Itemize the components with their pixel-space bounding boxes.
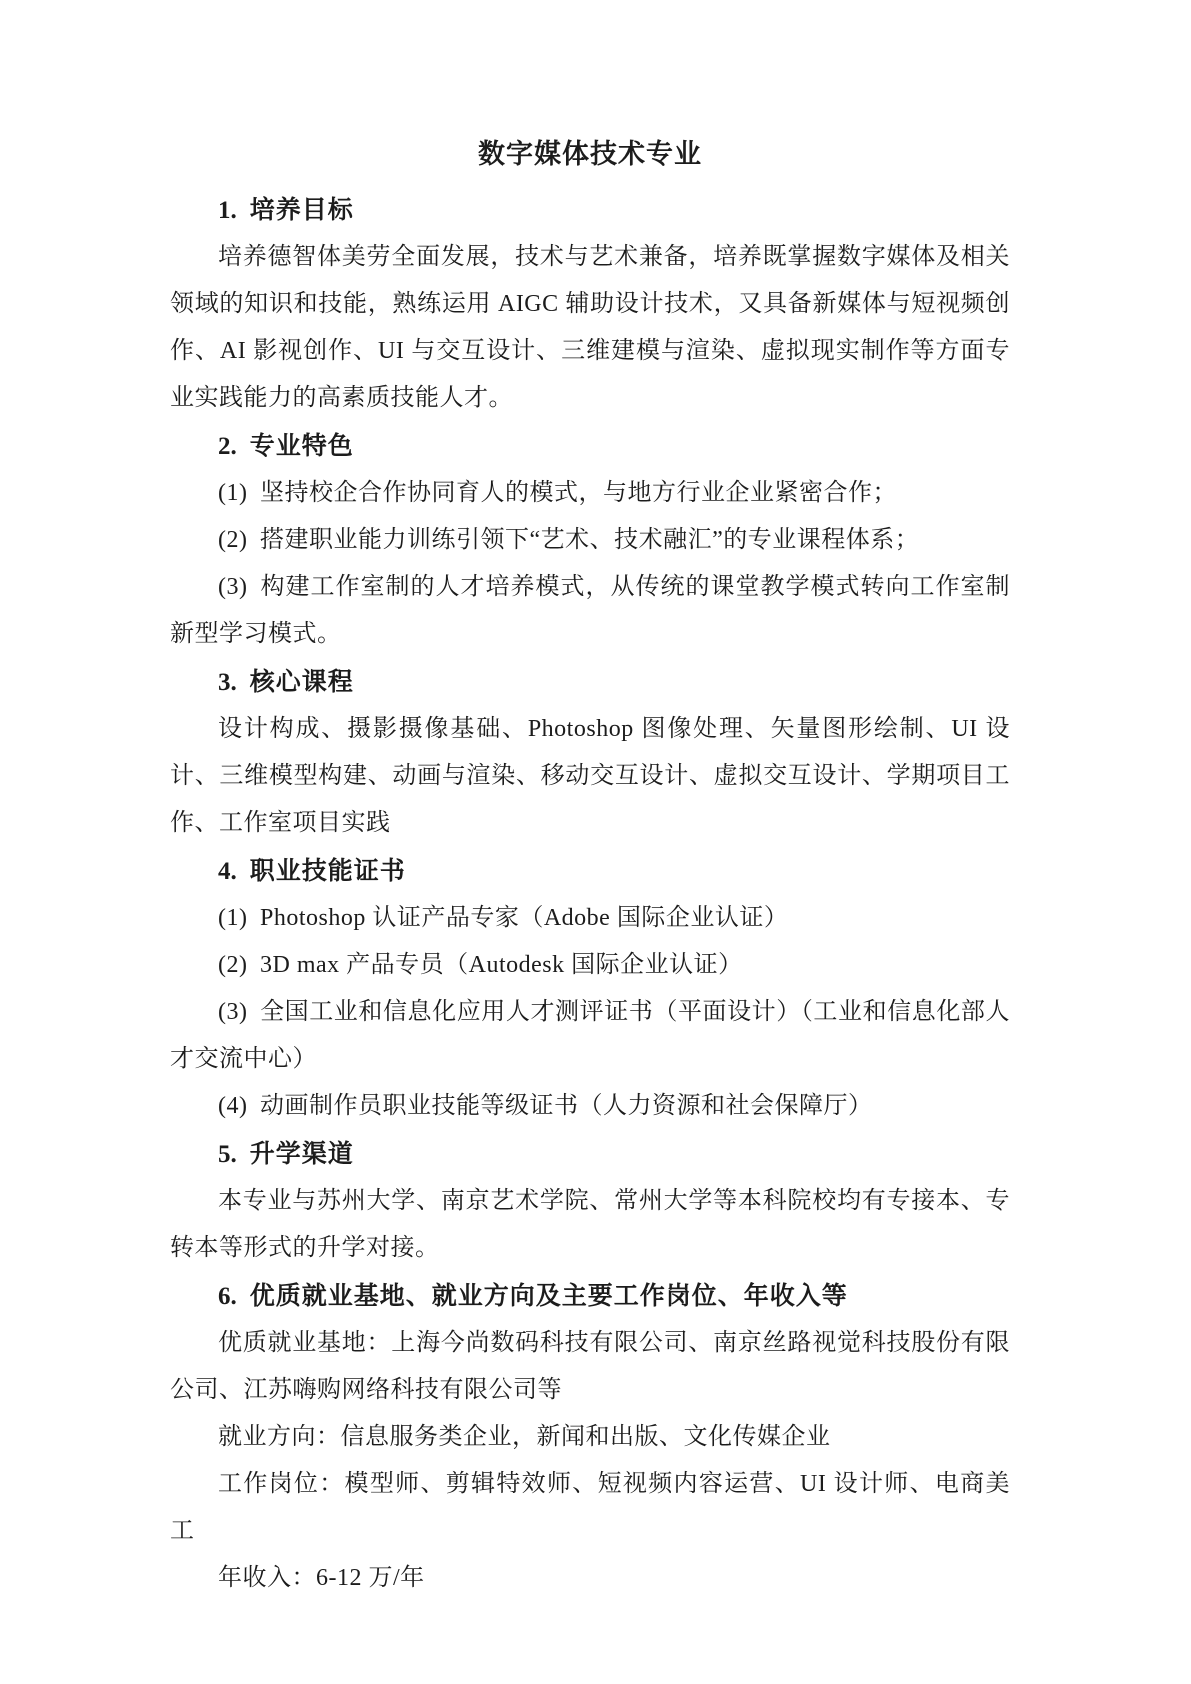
section-heading: 4.职业技能证书 bbox=[170, 847, 1010, 895]
section-title: 优质就业基地、就业方向及主要工作岗位、年收入等 bbox=[250, 1281, 848, 1310]
section-training-goal: 1.培养目标 培养德智体美劳全面发展，技术与艺术兼备，培养既掌握数字媒体及相关领… bbox=[170, 186, 1010, 422]
list-item: (1) Photoshop 认证产品专家（Adobe 国际企业认证） bbox=[170, 895, 1010, 942]
section-number: 3. bbox=[218, 669, 237, 696]
paragraph: 优质就业基地：上海今尚数码科技有限公司、南京丝路视觉科技股份有限公司、江苏嗨购网… bbox=[170, 1320, 1010, 1414]
section-further-education: 5.升学渠道 本专业与苏州大学、南京艺术学院、常州大学等本科院校均有专接本、专转… bbox=[170, 1130, 1010, 1272]
paragraph: 就业方向：信息服务类企业，新闻和出版、文化传媒企业 bbox=[170, 1414, 1010, 1461]
section-number: 6. bbox=[218, 1283, 237, 1310]
list-item: (3) 构建工作室制的人才培养模式，从传统的课堂教学模式转向工作室制新型学习模式… bbox=[170, 564, 1010, 658]
document-title: 数字媒体技术专业 bbox=[170, 131, 1010, 178]
list-item: (2) 3D max 产品专员（Autodesk 国际企业认证） bbox=[170, 942, 1010, 989]
section-heading: 3.核心课程 bbox=[170, 658, 1010, 706]
list-item: (3) 全国工业和信息化应用人才测评证书（平面设计）（工业和信息化部人才交流中心… bbox=[170, 989, 1010, 1083]
section-core-courses: 3.核心课程 设计构成、摄影摄像基础、Photoshop 图像处理、矢量图形绘制… bbox=[170, 658, 1010, 847]
section-number: 5. bbox=[218, 1141, 237, 1168]
paragraph: 本专业与苏州大学、南京艺术学院、常州大学等本科院校均有专接本、专转本等形式的升学… bbox=[170, 1178, 1010, 1272]
section-heading: 5.升学渠道 bbox=[170, 1130, 1010, 1178]
section-number: 4. bbox=[218, 858, 237, 885]
section-heading: 1.培养目标 bbox=[170, 186, 1010, 234]
section-number: 2. bbox=[218, 433, 237, 460]
section-title: 核心课程 bbox=[250, 667, 354, 696]
section-title: 专业特色 bbox=[250, 431, 354, 460]
section-title: 职业技能证书 bbox=[250, 856, 406, 885]
paragraph: 年收入：6-12 万/年 bbox=[170, 1555, 1010, 1602]
section-heading: 6.优质就业基地、就业方向及主要工作岗位、年收入等 bbox=[170, 1272, 1010, 1320]
list-item: (2) 搭建职业能力训练引领下“艺术、技术融汇”的专业课程体系； bbox=[170, 517, 1010, 564]
section-heading: 2.专业特色 bbox=[170, 422, 1010, 470]
paragraph: 工作岗位：模型师、剪辑特效师、短视频内容运营、UI 设计师、电商美工 bbox=[170, 1461, 1010, 1555]
section-title: 升学渠道 bbox=[250, 1139, 354, 1168]
paragraph: 设计构成、摄影摄像基础、Photoshop 图像处理、矢量图形绘制、UI 设计、… bbox=[170, 706, 1010, 847]
list-item: (4) 动画制作员职业技能等级证书（人力资源和社会保障厅） bbox=[170, 1083, 1010, 1130]
paragraph: 培养德智体美劳全面发展，技术与艺术兼备，培养既掌握数字媒体及相关领域的知识和技能… bbox=[170, 234, 1010, 422]
section-certificates: 4.职业技能证书 (1) Photoshop 认证产品专家（Adobe 国际企业… bbox=[170, 847, 1010, 1130]
section-title: 培养目标 bbox=[250, 195, 354, 224]
list-item: (1) 坚持校企合作协同育人的模式，与地方行业企业紧密合作； bbox=[170, 470, 1010, 517]
section-employment: 6.优质就业基地、就业方向及主要工作岗位、年收入等 优质就业基地：上海今尚数码科… bbox=[170, 1272, 1010, 1602]
section-major-features: 2.专业特色 (1) 坚持校企合作协同育人的模式，与地方行业企业紧密合作； (2… bbox=[170, 422, 1010, 658]
section-number: 1. bbox=[218, 197, 237, 224]
document-page: 数字媒体技术专业 1.培养目标 培养德智体美劳全面发展，技术与艺术兼备，培养既掌… bbox=[0, 0, 1191, 1684]
